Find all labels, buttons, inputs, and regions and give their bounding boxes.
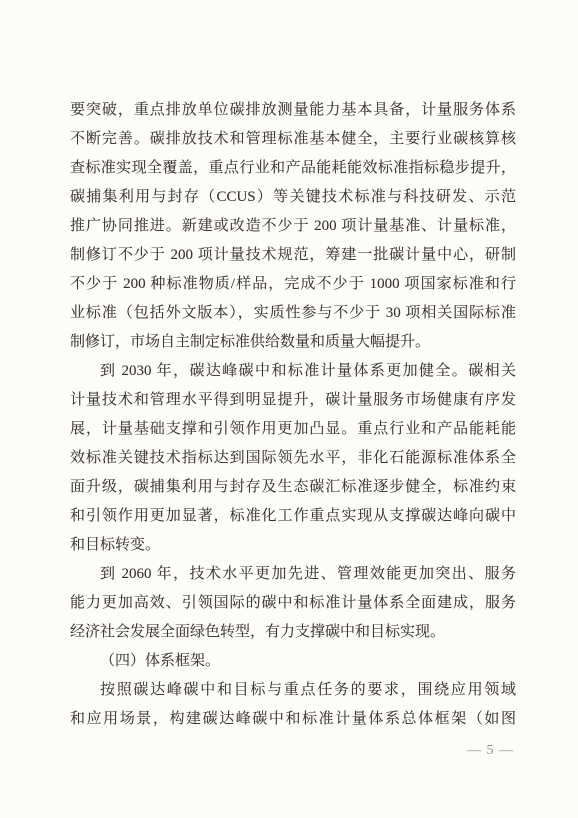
- text-line: 和引领作用更加显著，标准化工作重点实现从支撑碳达峰向碳中: [70, 502, 516, 531]
- text-line: 查标准实现全覆盖，重点行业和产品能耗能效标准指标稳步提升，: [70, 154, 516, 183]
- text-line: 和目标转变。: [70, 531, 516, 560]
- text-line: 和应用场景，构建碳达峰碳中和标准计量体系总体框架（如图: [70, 705, 516, 734]
- text-line: （四）体系框架。: [70, 647, 516, 676]
- text-line: 经济社会发展全面绿色转型，有力支撑碳中和目标实现。: [70, 618, 516, 647]
- text-line: 业标准（包括外文版本），实质性参与不少于 30 项相关国际标准: [70, 299, 516, 328]
- text-line: 能力更加高效、引领国际的碳中和标准计量体系全面建成，服务: [70, 589, 516, 618]
- text-line: 不断完善。碳排放技术和管理标准基本健全，主要行业碳核算核: [70, 125, 516, 154]
- text-line: 碳捕集利用与封存（CCUS）等关键技术标准与科技研发、示范: [70, 183, 516, 212]
- document-page: 要突破，重点排放单位碳排放测量能力基本具备，计量服务体系不断完善。碳排放技术和管…: [0, 0, 578, 818]
- document-body: 要突破，重点排放单位碳排放测量能力基本具备，计量服务体系不断完善。碳排放技术和管…: [70, 96, 516, 734]
- text-line: 按照碳达峰碳中和目标与重点任务的要求，围绕应用领域: [70, 676, 516, 705]
- text-line: 展，计量基础支撑和引领作用更加凸显。重点行业和产品能耗能: [70, 415, 516, 444]
- text-line: 制修订，市场自主制定标准供给数量和质量大幅提升。: [70, 328, 516, 357]
- text-line: 不少于 200 种标准物质/样品，完成不少于 1000 项国家标准和行: [70, 270, 516, 299]
- text-line: 制修订不少于 200 项计量技术规范，筹建一批碳计量中心，研制: [70, 241, 516, 270]
- text-line: 效标准关键技术指标达到国际领先水平，非化石能源标准体系全: [70, 444, 516, 473]
- text-line: 推广协同推进。新建或改造不少于 200 项计量基准、计量标准，: [70, 212, 516, 241]
- text-line: 到 2060 年，技术水平更加先进、管理效能更加突出、服务: [70, 560, 516, 589]
- text-line: 面升级，碳捕集利用与封存及生态碳汇标准逐步健全，标准约束: [70, 473, 516, 502]
- text-line: 计量技术和管理水平得到明显提升，碳计量服务市场健康有序发: [70, 386, 516, 415]
- text-line: 到 2030 年，碳达峰碳中和标准计量体系更加健全。碳相关: [70, 357, 516, 386]
- text-line: 要突破，重点排放单位碳排放测量能力基本具备，计量服务体系: [70, 96, 516, 125]
- page-number: — 5 —: [467, 741, 514, 761]
